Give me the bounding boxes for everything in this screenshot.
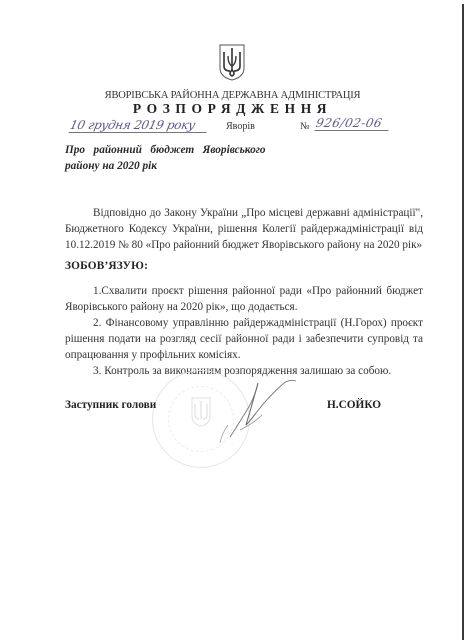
- document-type-title: РОЗПОРЯДЖЕННЯ: [0, 101, 465, 117]
- subject-line-2: району на 2020 рік: [65, 158, 213, 174]
- preamble-paragraph: Відповідно до Закону України „Про місцев…: [65, 205, 423, 253]
- oblige-heading: ЗОБОВ’ЯЗУЮ:: [65, 260, 148, 272]
- order-item-1: 1.Схвалити проєкт рішення районної ради …: [65, 283, 423, 315]
- signatory-title: Заступник голови: [65, 399, 156, 411]
- handwritten-signature: [210, 375, 310, 445]
- subject-line-1: Про районний бюджет Яворівського: [65, 142, 213, 158]
- order-item-2: 2. Фінансовому управлінню райдержадмініс…: [65, 315, 423, 363]
- stamp-trident-icon: [191, 397, 211, 427]
- document-subject: Про районний бюджет Яворівського району …: [65, 142, 213, 174]
- signatory-name: Н.СОЙКО: [327, 399, 381, 411]
- organization-name: ЯВОРІВСЬКА РАЙОННА ДЕРЖАВНА АДМІНІСТРАЦІ…: [0, 90, 465, 101]
- ukraine-trident-icon: [219, 44, 245, 81]
- handwritten-date: 10 грудня 2019 року: [68, 118, 209, 133]
- handwritten-number: 926/02-06: [314, 116, 391, 131]
- city-label: Яворів: [226, 121, 255, 132]
- preamble-text: Відповідно до Закону України „Про місцев…: [65, 207, 423, 251]
- order-items: 1.Схвалити проєкт рішення районної ради …: [65, 283, 423, 379]
- number-label: №: [300, 121, 310, 132]
